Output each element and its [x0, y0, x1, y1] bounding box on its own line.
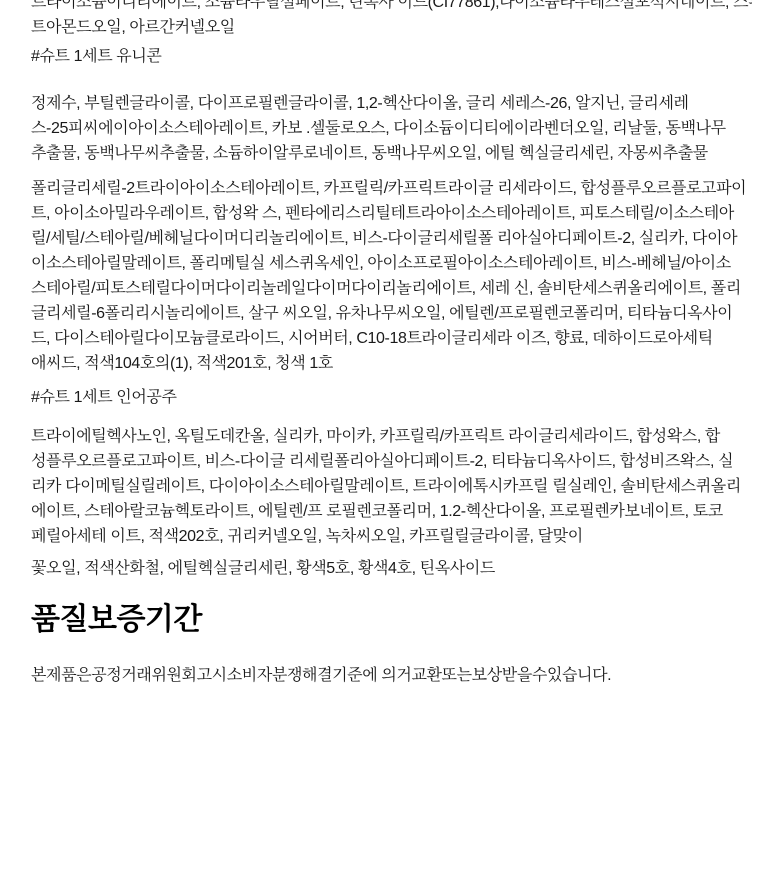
text-line: 트아몬드오일, 아르간커넬오일: [31, 15, 752, 40]
text-line: 스테아릴/피토스테릴다이머다이리놀레일다이머다이리놀리에이트, 세레 신, 솔비…: [31, 276, 752, 301]
text-line: 글리세릴-6폴리리시놀리에이트, 살구 씨오일, 유차나무씨오일, 에틸렌/프로…: [31, 301, 752, 326]
mermaid-ingredients-paragraph-2: 꽃오일, 적색산화철, 에틸헥실글리세린, 황색5호, 황색4호, 틴옥사이드: [31, 556, 752, 581]
text-line: 릴/세틸/스테아릴/베헤닐다이머디리놀리에이트, 비스-다이글리세릴폴 리아실아…: [31, 226, 752, 251]
text-line: 에이트, 스테아랄코늄헥토라이트, 에틸렌/프 로필렌코폴리머, 1.2-헥산다…: [31, 499, 752, 524]
warranty-notice-paragraph: 본제품은공정거래위원회고시소비자분쟁해결기준에 의거교환또는보상받을수있습니다.: [31, 663, 752, 688]
text-line: 스-25피씨에이아이소스테아레이트, 카보 .셀둘로오스, 다이소듐이디티에이라…: [31, 116, 752, 141]
ingredient-document: 트라이소듐이디티에이트, 소듐라우릴설페이트, 틴옥사 이드(CI77861),…: [0, 0, 780, 688]
text-line: 폴리글리세릴-2트라이아이소스테아레이트, 카프릴릭/카프릭트라이글 리세라이드…: [31, 176, 752, 201]
section-heading-suit-set-unicorn: #슈트 1세트 유니콘: [31, 44, 752, 69]
mermaid-ingredients-paragraph-1: 트라이에틸헥사노인, 옥틸도데칸올, 실리카, 마이카, 카프릴릭/카프릭트 라…: [31, 424, 752, 549]
unicorn-ingredients-paragraph-2: 폴리글리세릴-2트라이아이소스테아레이트, 카프릴릭/카프릭트라이글 리세라이드…: [31, 176, 752, 376]
warranty-period-heading: 품질보증기간: [31, 600, 752, 640]
text-line: 드, 다이스테아릴다이모늄클로라이드, 시어버터, C10-18트라이글리세라 …: [31, 326, 752, 351]
text-line: 페릴아세테 이트, 적색202호, 귀리커넬오일, 녹차씨오일, 카프릴릴글라이…: [31, 524, 752, 549]
text-line: 트, 아이소아밀라우레이트, 합성왁 스, 펜타에리스리틸테트라아이소스테아레이…: [31, 201, 752, 226]
text-line: 추출물, 동백나무씨추출물, 소듐하이알루로네이트, 동백나무씨오일, 에틸 헥…: [31, 141, 752, 166]
text-line: 트라이소듐이디티에이트, 소듐라우릴설페이트, 틴옥사 이드(CI77861),…: [31, 0, 752, 15]
section-heading-suit-set-mermaid: #슈트 1세트 인어공주: [31, 385, 752, 410]
text-line: 트라이에틸헥사노인, 옥틸도데칸올, 실리카, 마이카, 카프릴릭/카프릭트 라…: [31, 424, 752, 449]
text-line: 본제품은공정거래위원회고시소비자분쟁해결기준에 의거교환또는보상받을수있습니다.: [31, 663, 752, 688]
text-line: 꽃오일, 적색산화철, 에틸헥실글리세린, 황색5호, 황색4호, 틴옥사이드: [31, 556, 752, 581]
text-line: 성플루오르플로고파이트, 비스-다이글 리세릴폴리아실아디페이트-2, 티타늄디…: [31, 449, 752, 474]
intro-ingredients-paragraph: 트라이소듐이디티에이트, 소듐라우릴설페이트, 틴옥사 이드(CI77861),…: [31, 0, 752, 40]
text-line: 이소스테아릴말레이트, 폴리메틸실 세스퀴옥세인, 아이소프로필아이소스테아레이…: [31, 251, 752, 276]
text-line: 애씨드, 적색104호의(1), 적색201호, 청색 1호: [31, 351, 752, 376]
unicorn-ingredients-paragraph-1: 정제수, 부틸렌글라이콜, 다이프로필렌글라이콜, 1,2-헥산다이올, 글리 …: [31, 91, 752, 166]
text-line: 리카 다이메틸실릴레이트, 다이아이소스테아릴말레이트, 트라이에톡시카프릴 릴…: [31, 474, 752, 499]
text-line: 정제수, 부틸렌글라이콜, 다이프로필렌글라이콜, 1,2-헥산다이올, 글리 …: [31, 91, 752, 116]
